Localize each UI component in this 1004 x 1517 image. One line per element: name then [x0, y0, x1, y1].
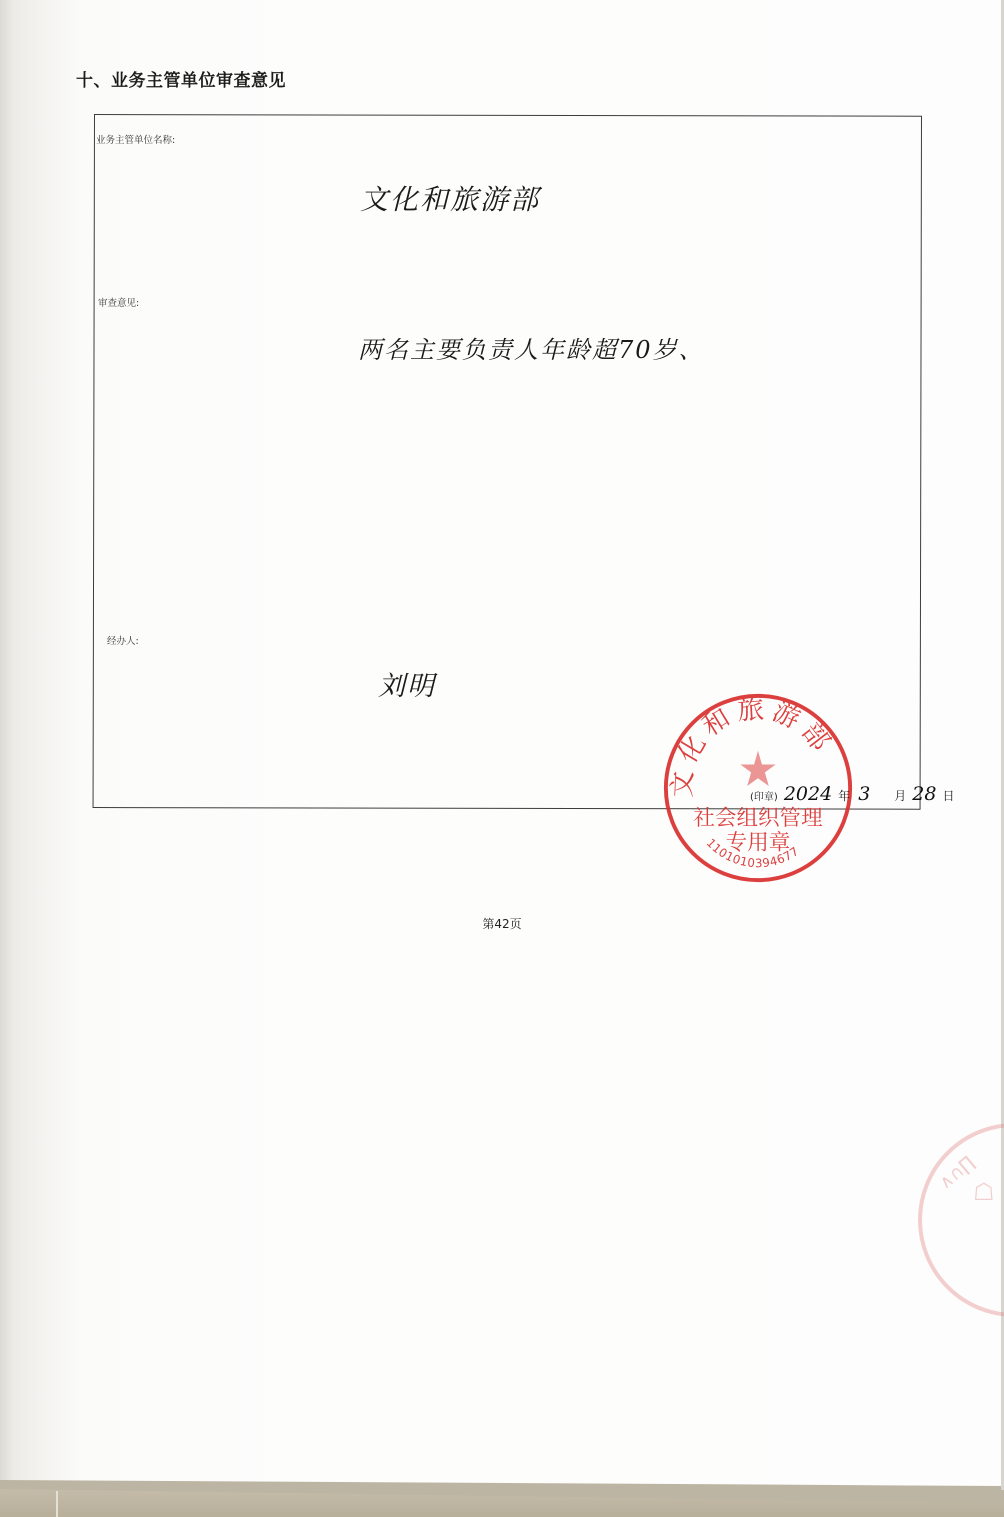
bleed-through-seal-icon: ∧∩∏ ☖: [905, 1105, 1004, 1335]
day-unit: 日: [942, 787, 954, 804]
seal-label: (印章): [750, 788, 778, 803]
svg-text:☖: ☖: [973, 1178, 995, 1206]
month-handwriting: 3: [858, 783, 870, 805]
unit-name-label: 业务主管单位名称:: [96, 132, 175, 146]
year-handwriting: 2024: [784, 783, 832, 805]
date-line: (印章) 2024 年 3 月 28 日: [750, 783, 955, 805]
year-unit: 年: [838, 787, 850, 804]
review-opinion-label: 审查意见:: [98, 295, 139, 309]
unit-name-handwriting: 文化和旅游部: [360, 178, 540, 218]
paper-edge: [0, 0, 14, 1480]
review-opinion-handwriting: 两名主要负责人年龄超70岁、: [358, 330, 705, 365]
stamp-line1: 社会组织管理: [693, 806, 823, 831]
surface-crease: [56, 1491, 58, 1517]
day-handwriting: 28: [912, 783, 936, 805]
handler-signature: 刘明: [378, 664, 436, 703]
month-unit: 月: [894, 787, 906, 804]
handler-label: 经办人:: [107, 633, 139, 647]
section-title: 十、业务主管单位审查意见: [76, 66, 286, 91]
page-number: 第42页: [0, 915, 1004, 932]
